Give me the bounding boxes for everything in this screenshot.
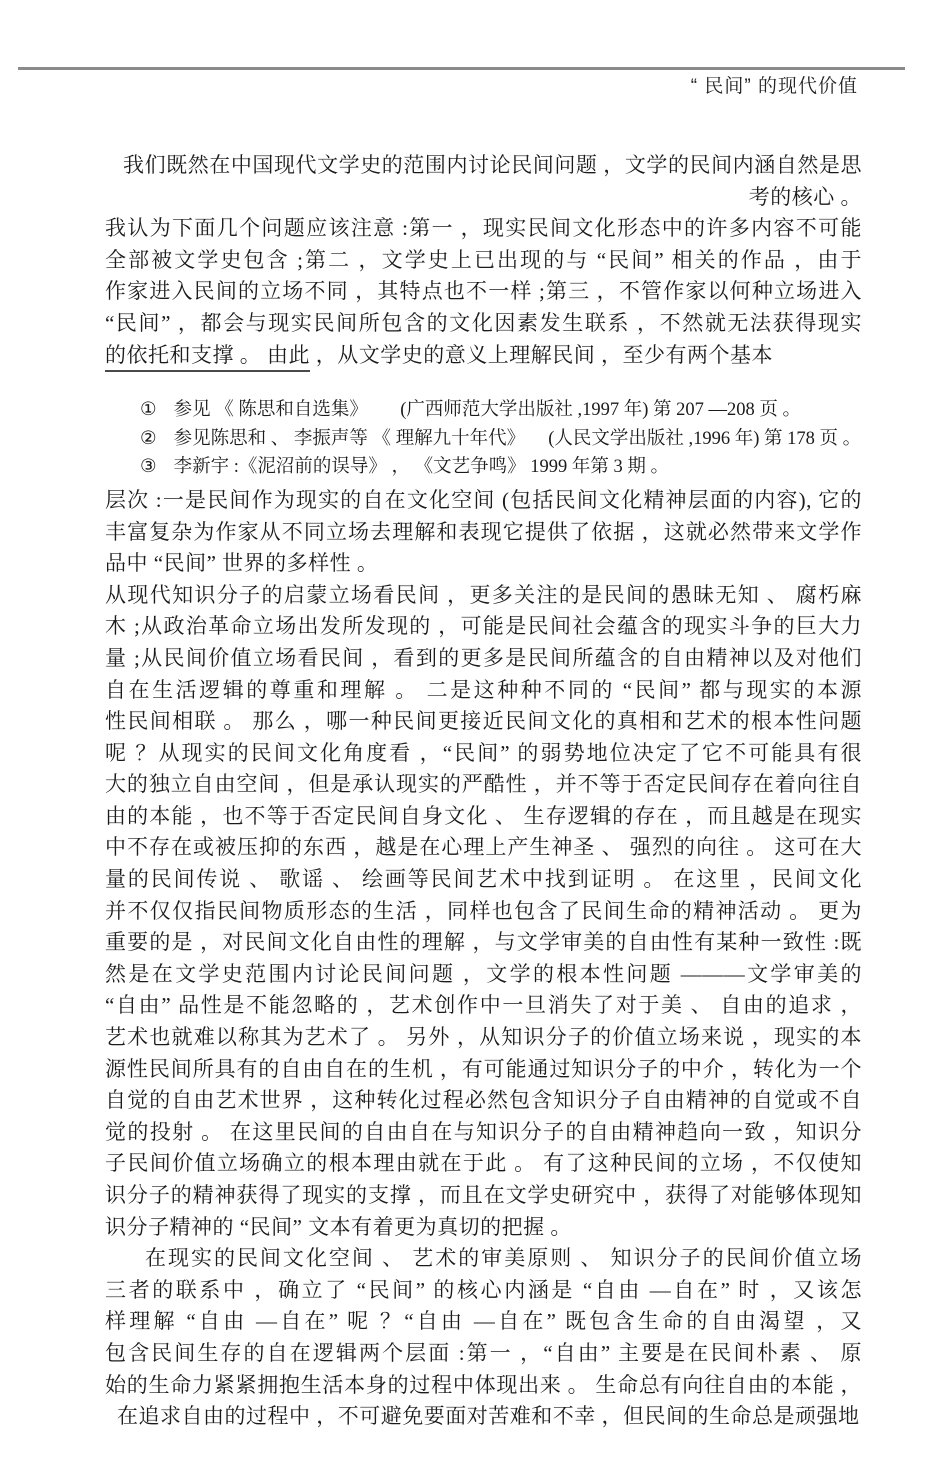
text-segment: 识分子精神的 “民间” 文本有着更为真切的把握 。 [105, 1215, 572, 1239]
document-page: “ 民间” 的现代价值 我们既然在中国现代文学史的范围内讨论民间问题 ，文学的民… [0, 0, 950, 1482]
text-line: 艺术也就难以称其为艺术了 。 另外 ，从知识分子的价值立场来说 ，现实的本 [105, 1022, 862, 1054]
text-line: 全部被文学史包含 ;第二 ，文学史上已出现的与 “民间” 相关的作品 ，由于 [105, 245, 862, 277]
paragraph: 从现代知识分子的启蒙立场看民间 ，更多关注的是民间的愚昧无知 、 腐朽麻木 ;从… [105, 580, 862, 1243]
text-line: 觉的投射 。 在这里民间的自由自在与知识分子的自由精神趋向一致 ，知识分 [105, 1117, 862, 1149]
text-line: 然是在文学史范围内讨论民间问题 ，文学的根本性问题 ———文学审美的 [105, 959, 862, 991]
text-segment: 由的本能 ，也不等于否定民间自身文化 、 生存逻辑的存在 ，而且越是在现实 [105, 804, 862, 828]
text-segment: 全部被文学史包含 ;第二 ，文学史上已出现的与 “民间” 相关的作品 ，由于 [105, 248, 862, 272]
text-segment: 木 ;从政治革命立场出发所发现的 ，可能是民间社会蕴含的现实斗争的巨大力 [105, 614, 862, 638]
text-line: 三者的联系中 ，确立了 “民间” 的核心内涵是 “自由 —自在” 时 ，又该怎 [105, 1275, 862, 1307]
text-segment: “民间” ，都会与现实民间所包含的文化因素发生联系 ，不然就无法获得现实 [105, 311, 862, 335]
text-segment: 觉的投射 。 在这里民间的自由自在与知识分子的自由精神趋向一致 ，知识分 [105, 1120, 862, 1144]
footnote-marker: ① [140, 400, 157, 420]
text-line: 层次 :一是民间作为现实的自在文化空间 (包括民间文化精神层面的内容), 它的 [105, 485, 862, 517]
running-head-title: “ 民间” 的现代价值 [691, 75, 858, 99]
footnote: ③李新宇 :《泥沼前的误导》 ， 《文艺争鸣》 1999 年第 3 期 。 [140, 453, 862, 482]
text-line: 在追求自由的过程中 ，不可避免要面对苦难和不幸 ，但民间的生命总是顽强地 [105, 1401, 862, 1433]
text-segment: 艺术也就难以称其为艺术了 。 另外 ，从知识分子的价值立场来说 ，现实的本 [105, 1025, 862, 1049]
text-line: 源性民间所具有的自由自在的生机 ，有可能通过知识分子的中介 ，转化为一个 [105, 1054, 862, 1086]
text-line: 大的独立自由空间 ，但是承认现实的严酷性 ，并不等于否定民间存在着向往自 [105, 769, 862, 801]
text-line: 丰富复杂为作家从不同立场去理解和表现它提供了依据 ，这就必然带来文学作 [105, 517, 862, 549]
text-line: 呢 ？从现实的民间文化角度看 ，“民间” 的弱势地位决定了它不可能具有很 [105, 738, 862, 770]
text-line: 自觉的自由艺术世界 ，这种转化过程必然包含知识分子自由精神的自觉或不自 [105, 1085, 862, 1117]
text-line: 的依托和支撑 。 由此 ，从文学史的意义上理解民间 ，至少有两个基本 [105, 340, 862, 372]
paragraph: 层次 :一是民间作为现实的自在文化空间 (包括民间文化精神层面的内容), 它的丰… [105, 485, 862, 580]
footnote: ②参见陈思和 、 李振声等 《 理解九十年代》 (人民文学出版社 ,1996 年… [140, 425, 862, 454]
paragraph: 我们既然在中国现代文学史的范围内讨论民间问题 ，文学的民间内涵自然是思考的核心 … [105, 150, 862, 213]
text-line: 在现实的民间文化空间 、 艺术的审美原则 、 知识分子的民间价值立场 [105, 1243, 862, 1275]
text-line: 从现代知识分子的启蒙立场看民间 ，更多关注的是民间的愚昧无知 、 腐朽麻 [105, 580, 862, 612]
text-line: 重要的是 ，对民间文化自由性的理解 ，与文学审美的自由性有某种一致性 :既 [105, 927, 862, 959]
footnotes-block: ①参见 《 陈思和自选集》 (广西师范大学出版社 ,1997 年) 第 207 … [105, 396, 862, 482]
page-content: 我们既然在中国现代文学史的范围内讨论民间问题 ，文学的民间内涵自然是思考的核心 … [105, 150, 862, 1433]
text-line: 样理解 “自由 —自在” 呢 ？“自由 —自在” 既包含生命的自由渴望 ，又 [105, 1306, 862, 1338]
text-segment: 量的民间传说 、 歌谣 、 绘画等民间艺术中找到证明 。 在这里 ，民间文化 [105, 867, 862, 891]
body-text-top: 我们既然在中国现代文学史的范围内讨论民间问题 ，文学的民间内涵自然是思考的核心 … [105, 150, 862, 371]
text-line: 作家进入民间的立场不同 ，其特点也不一样 ;第三 ，不管作家以何种立场进入 [105, 276, 862, 308]
text-segment: 在追求自由的过程中 ，不可避免要面对苦难和不幸 ，但民间的生命总是顽强地 [117, 1404, 860, 1428]
header-rule [18, 67, 905, 70]
text-segment: 从现代知识分子的启蒙立场看民间 ，更多关注的是民间的愚昧无知 、 腐朽麻 [105, 583, 862, 607]
text-segment: 重要的是 ，对民间文化自由性的理解 ，与文学审美的自由性有某种一致性 :既 [105, 930, 862, 954]
text-line: 我认为下面几个问题应该注意 :第一 ，现实民间文化形态中的许多内容不可能 [105, 213, 862, 245]
text-segment: 作家进入民间的立场不同 ，其特点也不一样 ;第三 ，不管作家以何种立场进入 [105, 279, 862, 303]
text-segment: 自觉的自由艺术世界 ，这种转化过程必然包含知识分子自由精神的自觉或不自 [105, 1088, 862, 1112]
text-segment: “自由” 品性是不能忽略的 ，艺术创作中一旦消失了对于美 、 自由的追求 ， [105, 993, 862, 1017]
footnote-text: 参见陈思和 、 李振声等 《 理解九十年代》 (人民文学出版社 ,1996 年)… [174, 429, 862, 449]
underlined-text: 的依托和支撑 。 由此 [105, 343, 310, 372]
text-segment: 呢 ？从现实的民间文化角度看 ，“民间” 的弱势地位决定了它不可能具有很 [105, 741, 862, 765]
text-segment: 我们既然在中国现代文学史的范围内讨论民间问题 ，文学的民间内涵自然是思 [123, 153, 862, 177]
text-line: 木 ;从政治革命立场出发所发现的 ，可能是民间社会蕴含的现实斗争的巨大力 [105, 611, 862, 643]
text-line: 我们既然在中国现代文学史的范围内讨论民间问题 ，文学的民间内涵自然是思 [105, 150, 862, 182]
text-line: 由的本能 ，也不等于否定民间自身文化 、 生存逻辑的存在 ，而且越是在现实 [105, 801, 862, 833]
text-segment: 包含民间生存的自在逻辑两个层面 :第一 ，“自由” 主要是在民间朴素 、 原 [105, 1341, 862, 1365]
text-segment: 自在生活逻辑的尊重和理解 。 二是这种种不同的 “民间” 都与现实的本源 [105, 678, 862, 702]
text-segment: 然是在文学史范围内讨论民间问题 ，文学的根本性问题 ———文学审美的 [105, 962, 862, 986]
text-segment: 中不存在或被压抑的东西 ，越是在心理上产生神圣 、 强烈的向往 。 这可在大 [105, 835, 862, 859]
text-segment: 层次 :一是民间作为现实的自在文化空间 (包括民间文化精神层面的内容), 它的 [105, 488, 862, 512]
text-line: 考的核心 。 [105, 182, 862, 214]
text-segment: 源性民间所具有的自由自在的生机 ，有可能通过知识分子的中介 ，转化为一个 [105, 1057, 862, 1081]
text-line: 自在生活逻辑的尊重和理解 。 二是这种种不同的 “民间” 都与现实的本源 [105, 675, 862, 707]
text-segment: 性民间相联 。 那么 ，哪一种民间更接近民间文化的真相和艺术的根本性问题 [105, 709, 862, 733]
text-line: 并不仅仅指民间物质形态的生活 ，同样也包含了民间生命的精神活动 。 更为 [105, 896, 862, 928]
text-segment: ，从文学史的意义上理解民间 ，至少有两个基本 [310, 343, 773, 367]
footnote: ①参见 《 陈思和自选集》 (广西师范大学出版社 ,1997 年) 第 207 … [140, 396, 862, 425]
text-segment: 并不仅仅指民间物质形态的生活 ，同样也包含了民间生命的精神活动 。 更为 [105, 899, 862, 923]
paragraph: 我认为下面几个问题应该注意 :第一 ，现实民间文化形态中的许多内容不可能全部被文… [105, 213, 862, 371]
text-line: 中不存在或被压抑的东西 ，越是在心理上产生神圣 、 强烈的向往 。 这可在大 [105, 832, 862, 864]
text-line: 品中 “民间” 世界的多样性 。 [105, 548, 862, 580]
text-line: 性民间相联 。 那么 ，哪一种民间更接近民间文化的真相和艺术的根本性问题 [105, 706, 862, 738]
text-segment: 考的核心 。 [749, 185, 862, 209]
text-line: 量 ;从民间价值立场看民间 ，看到的更多是民间所蕴含的自由精神以及对他们 [105, 643, 862, 675]
text-line: “自由” 品性是不能忽略的 ，艺术创作中一旦消失了对于美 、 自由的追求 ， [105, 990, 862, 1022]
text-segment: 品中 “民间” 世界的多样性 。 [105, 551, 378, 575]
text-line: 子民间价值立场确立的根本理由就在于此 。 有了这种民间的立场 ，不仅使知 [105, 1148, 862, 1180]
paragraph: 在现实的民间文化空间 、 艺术的审美原则 、 知识分子的民间价值立场三者的联系中… [105, 1243, 862, 1433]
text-segment: 量 ;从民间价值立场看民间 ，看到的更多是民间所蕴含的自由精神以及对他们 [105, 646, 862, 670]
text-segment: 我认为下面几个问题应该注意 :第一 ，现实民间文化形态中的许多内容不可能 [105, 216, 862, 240]
text-line: 始的生命力紧紧拥抱生活本身的过程中体现出来 。 生命总有向往自由的本能 ， [105, 1370, 862, 1402]
text-line: 识分子精神的 “民间” 文本有着更为真切的把握 。 [105, 1212, 862, 1244]
text-line: 识分子的精神获得了现实的支撑 ，而且在文学史研究中 ，获得了对能够体现知 [105, 1180, 862, 1212]
footnote-marker: ② [140, 429, 157, 449]
text-segment: 子民间价值立场确立的根本理由就在于此 。 有了这种民间的立场 ，不仅使知 [105, 1151, 862, 1175]
text-line: 包含民间生存的自在逻辑两个层面 :第一 ，“自由” 主要是在民间朴素 、 原 [105, 1338, 862, 1370]
text-line: “民间” ，都会与现实民间所包含的文化因素发生联系 ，不然就无法获得现实 [105, 308, 862, 340]
text-segment: 在现实的民间文化空间 、 艺术的审美原则 、 知识分子的民间价值立场 [145, 1246, 862, 1270]
body-text-bottom: 层次 :一是民间作为现实的自在文化空间 (包括民间文化精神层面的内容), 它的丰… [105, 485, 862, 1433]
text-line: 量的民间传说 、 歌谣 、 绘画等民间艺术中找到证明 。 在这里 ，民间文化 [105, 864, 862, 896]
text-segment: 始的生命力紧紧拥抱生活本身的过程中体现出来 。 生命总有向往自由的本能 ， [105, 1373, 862, 1397]
text-segment: 样理解 “自由 —自在” 呢 ？“自由 —自在” 既包含生命的自由渴望 ，又 [105, 1309, 862, 1333]
text-segment: 丰富复杂为作家从不同立场去理解和表现它提供了依据 ，这就必然带来文学作 [105, 520, 862, 544]
text-segment: 识分子的精神获得了现实的支撑 ，而且在文学史研究中 ，获得了对能够体现知 [105, 1183, 862, 1207]
footnote-text: 参见 《 陈思和自选集》 (广西师范大学出版社 ,1997 年) 第 207 —… [174, 400, 801, 420]
text-segment: 三者的联系中 ，确立了 “民间” 的核心内涵是 “自由 —自在” 时 ，又该怎 [105, 1278, 862, 1302]
text-segment: 大的独立自由空间 ，但是承认现实的严酷性 ，并不等于否定民间存在着向往自 [105, 772, 862, 796]
footnote-text: 李新宇 :《泥沼前的误导》 ， 《文艺争鸣》 1999 年第 3 期 。 [174, 457, 669, 477]
footnote-marker: ③ [140, 457, 157, 477]
